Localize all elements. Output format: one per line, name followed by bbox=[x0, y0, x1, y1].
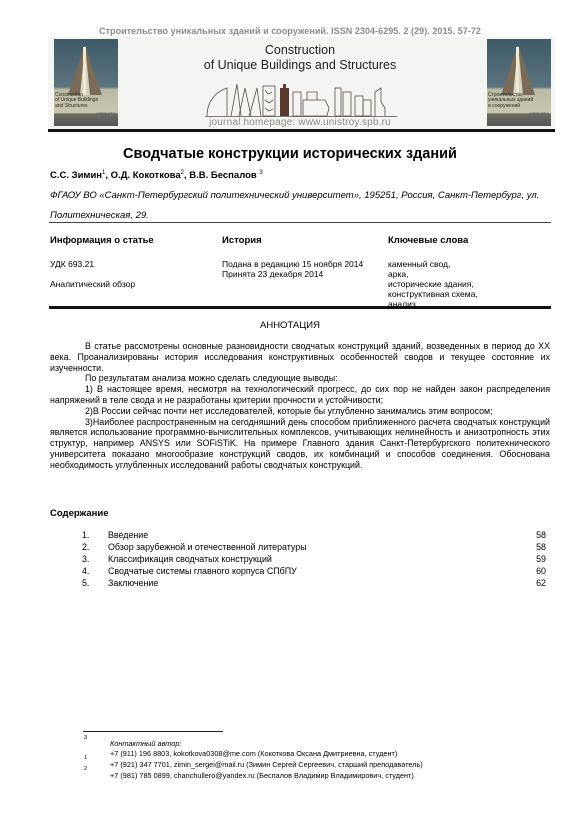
toc-item[interactable]: 2. Обзор зарубежной и отечественной лите… bbox=[80, 542, 546, 554]
running-head: Строительство уникальных зданий и сооруж… bbox=[0, 26, 580, 36]
keyword: арка, bbox=[388, 269, 478, 279]
tower-illustration-icon bbox=[501, 45, 535, 95]
toc-item[interactable]: 1. Введение 58 bbox=[80, 530, 546, 542]
udk: УДК 693.21 bbox=[50, 259, 94, 269]
table-of-contents: 1. Введение 58 2. Обзор зарубежной и оте… bbox=[80, 530, 546, 590]
divider-thick bbox=[49, 306, 551, 309]
cover-left-line: and Structures bbox=[55, 104, 117, 109]
toc-page: 58 bbox=[536, 530, 546, 540]
keywords-heading: Ключевые слова bbox=[388, 235, 468, 246]
article-title: Сводчатые конструкции исторических здани… bbox=[0, 146, 580, 162]
toc-number: 4. bbox=[82, 566, 89, 576]
abstract-paragraph: 2)В России сейчас почти нет исследовател… bbox=[50, 406, 550, 417]
authors: С.С. Зимин1, О.Д. Кокоткова2, В.В. Беспа… bbox=[50, 170, 263, 181]
history-accepted: Принята 23 декабря 2014 bbox=[222, 269, 363, 279]
toc-heading: Содержание bbox=[50, 508, 109, 519]
abstract-paragraph: 1) В настоящее время, несмотря на технол… bbox=[50, 384, 550, 406]
keyword: каменный свод, bbox=[388, 259, 478, 269]
cover-left-url: unistroy.spb.ru bbox=[97, 111, 116, 115]
footnote-divider bbox=[83, 731, 223, 732]
toc-title: Обзор зарубежной и отечественной литерат… bbox=[108, 542, 307, 552]
abstract-body: В статье рассмотрены основные разновидно… bbox=[50, 341, 550, 471]
abstract-paragraph: По результатам анализа можно сделать сле… bbox=[50, 373, 550, 384]
keywords-list: каменный свод, арка, исторические здания… bbox=[388, 259, 478, 309]
journal-cover-left: Construction of Unique Buildings and Str… bbox=[54, 39, 118, 126]
history-list: Подана в редакцию 15 ноября 2014 Принята… bbox=[222, 259, 363, 279]
author-name: В.В. Беспалов bbox=[189, 170, 256, 181]
tower-illustration-icon bbox=[68, 45, 102, 95]
toc-number: 2. bbox=[82, 542, 89, 552]
keyword: конструктивная схема, bbox=[388, 289, 478, 299]
history-submitted: Подана в редакцию 15 ноября 2014 bbox=[222, 259, 363, 269]
banner-divider bbox=[48, 129, 555, 132]
journal-title-line1: Construction bbox=[180, 43, 420, 58]
toc-item[interactable]: 4. Сводчатые системы главного корпуса СП… bbox=[80, 566, 546, 578]
cover-right-line: и сооружений bbox=[488, 104, 550, 109]
footnote-line: +7 (981) 785 0899, chanchullero@yandex.r… bbox=[110, 771, 414, 780]
cover-right-title: Строительство уникальных зданий и сооруж… bbox=[488, 93, 550, 109]
journal-title: Construction of Unique Buildings and Str… bbox=[180, 43, 420, 73]
journal-title-line2: of Unique Buildings and Structures bbox=[180, 58, 420, 73]
abstract-paragraph: 3)Наиболее распространенным на сегодняшн… bbox=[50, 417, 550, 471]
journal-cover-right: Строительство уникальных зданий и сооруж… bbox=[487, 39, 551, 126]
journal-homepage-link[interactable]: journal homepage: www.unistroy.spb.ru bbox=[180, 117, 420, 128]
toc-number: 3. bbox=[82, 554, 89, 564]
skyline-logo-icon bbox=[205, 78, 397, 118]
author-sup: 2 bbox=[181, 170, 184, 176]
history-heading: История bbox=[222, 235, 262, 246]
affiliation: ФГАОУ ВО «Санкт-Петербургский политехнич… bbox=[50, 186, 555, 226]
author-name: О.Д. Кокоткова bbox=[111, 170, 181, 181]
footnote-line: +7 (921) 347 7701, zimin_sergei@mail.ru … bbox=[110, 760, 423, 769]
toc-page: 62 bbox=[536, 578, 546, 588]
article-type: Аналитический обзор bbox=[50, 279, 135, 289]
toc-page: 58 bbox=[536, 542, 546, 552]
toc-number: 5. bbox=[82, 578, 89, 588]
footnote-mark: 2 bbox=[84, 766, 87, 772]
toc-title: Заключение bbox=[108, 578, 158, 588]
cover-left-title: Construction of Unique Buildings and Str… bbox=[55, 93, 117, 109]
keyword: исторические здания, bbox=[388, 279, 478, 289]
cover-right-url: unistroy.spb.ru bbox=[530, 111, 549, 115]
divider bbox=[49, 222, 551, 223]
toc-title: Классификация сводчатых конструкций bbox=[108, 554, 272, 564]
abstract-heading: АННОТАЦИЯ bbox=[0, 320, 580, 331]
abstract-paragraph: В статье рассмотрены основные разновидно… bbox=[50, 341, 550, 373]
author-sup: 3 bbox=[259, 170, 262, 176]
contact-author-label: Контактный автор: bbox=[110, 739, 181, 748]
toc-page: 59 bbox=[536, 554, 546, 564]
footnote-mark: 3 bbox=[84, 735, 87, 741]
author-sup: 1 bbox=[102, 170, 105, 176]
toc-item[interactable]: 3. Классификация сводчатых конструкций 5… bbox=[80, 554, 546, 566]
toc-title: Сводчатые системы главного корпуса СПбПУ bbox=[108, 566, 297, 576]
toc-page: 60 bbox=[536, 566, 546, 576]
toc-title: Введение bbox=[108, 530, 148, 540]
toc-item[interactable]: 5. Заключение 62 bbox=[80, 578, 546, 590]
info-heading: Информация о статье bbox=[50, 235, 154, 246]
author-name: С.С. Зимин bbox=[50, 170, 102, 181]
footnote-line: +7 (911) 196 8803, kokotkova0308@me.com … bbox=[110, 749, 397, 758]
toc-number: 1. bbox=[82, 530, 89, 540]
footnote-mark: 1 bbox=[84, 755, 87, 761]
